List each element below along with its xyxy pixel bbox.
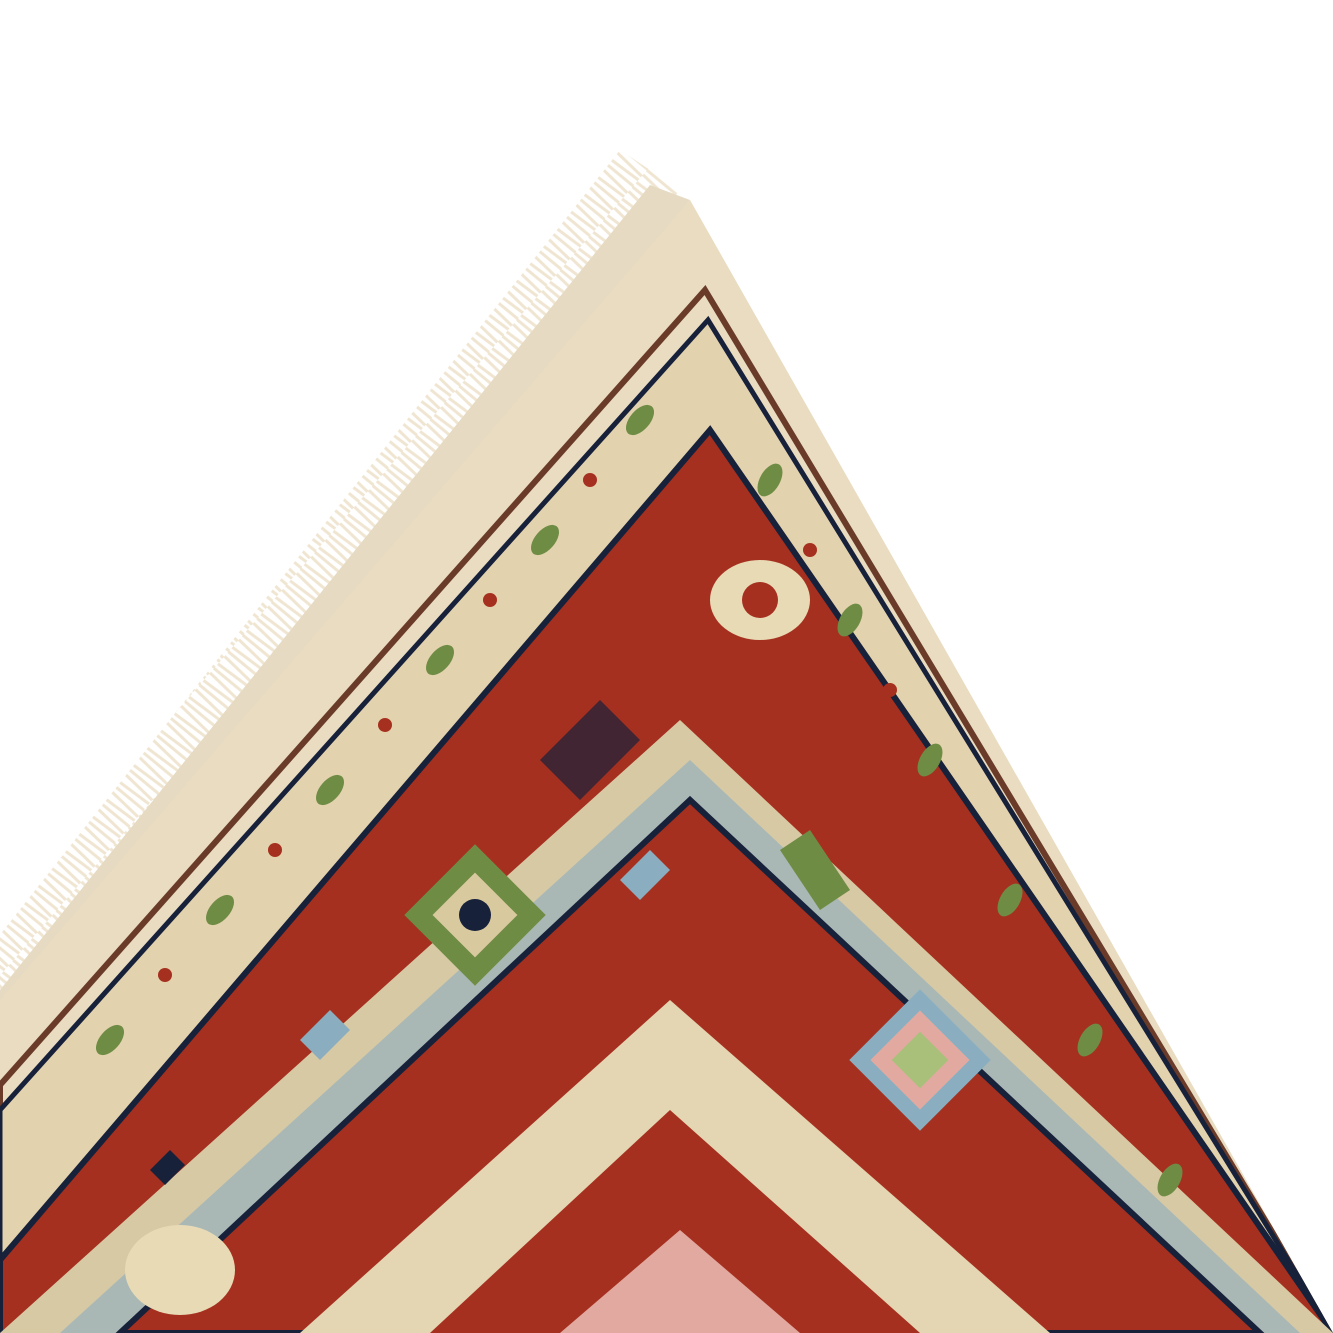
rug-illustration xyxy=(0,0,1333,1333)
rug-corner-photo xyxy=(0,0,1333,1333)
